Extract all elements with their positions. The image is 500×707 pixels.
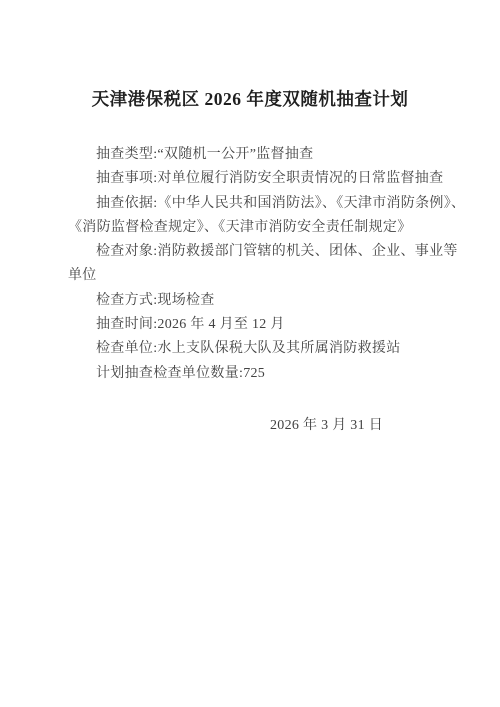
- line-inspection-unit: 检查单位:水上支队保税大队及其所属消防救援站: [68, 337, 448, 361]
- line-inspection-items: 抽查事项:对单位履行消防安全职责情况的日常监督抽查: [68, 167, 448, 191]
- document-body: 抽查类型:“双随机一公开”监督抽查 抽查事项:对单位履行消防安全职责情况的日常监…: [68, 143, 448, 386]
- line-inspection-type: 抽查类型:“双随机一公开”监督抽查: [68, 143, 448, 167]
- document-date: 2026 年 3 月 31 日: [0, 414, 500, 438]
- line-inspection-targets-part1: 检查对象:消防救援部门管辖的机关、团体、企业、事业等: [68, 240, 448, 264]
- line-inspection-basis-part1: 抽查依据:《中华人民共和国消防法》、《天津市消防条例》、: [68, 192, 448, 216]
- line-inspection-basis-part2: 《消防监督检查规定》、《天津市消防安全责任制规定》: [68, 216, 448, 240]
- line-planned-unit-count: 计划抽查检查单位数量:725: [68, 362, 448, 386]
- line-inspection-targets-part2: 单位: [68, 264, 448, 288]
- line-inspection-method: 检查方式:现场检查: [68, 289, 448, 313]
- line-inspection-time: 抽查时间:2026 年 4 月至 12 月: [68, 313, 448, 337]
- document-page: 天津港保税区 2026 年度双随机抽查计划 抽查类型:“双随机一公开”监督抽查 …: [0, 0, 500, 707]
- document-title: 天津港保税区 2026 年度双随机抽查计划: [0, 0, 500, 111]
